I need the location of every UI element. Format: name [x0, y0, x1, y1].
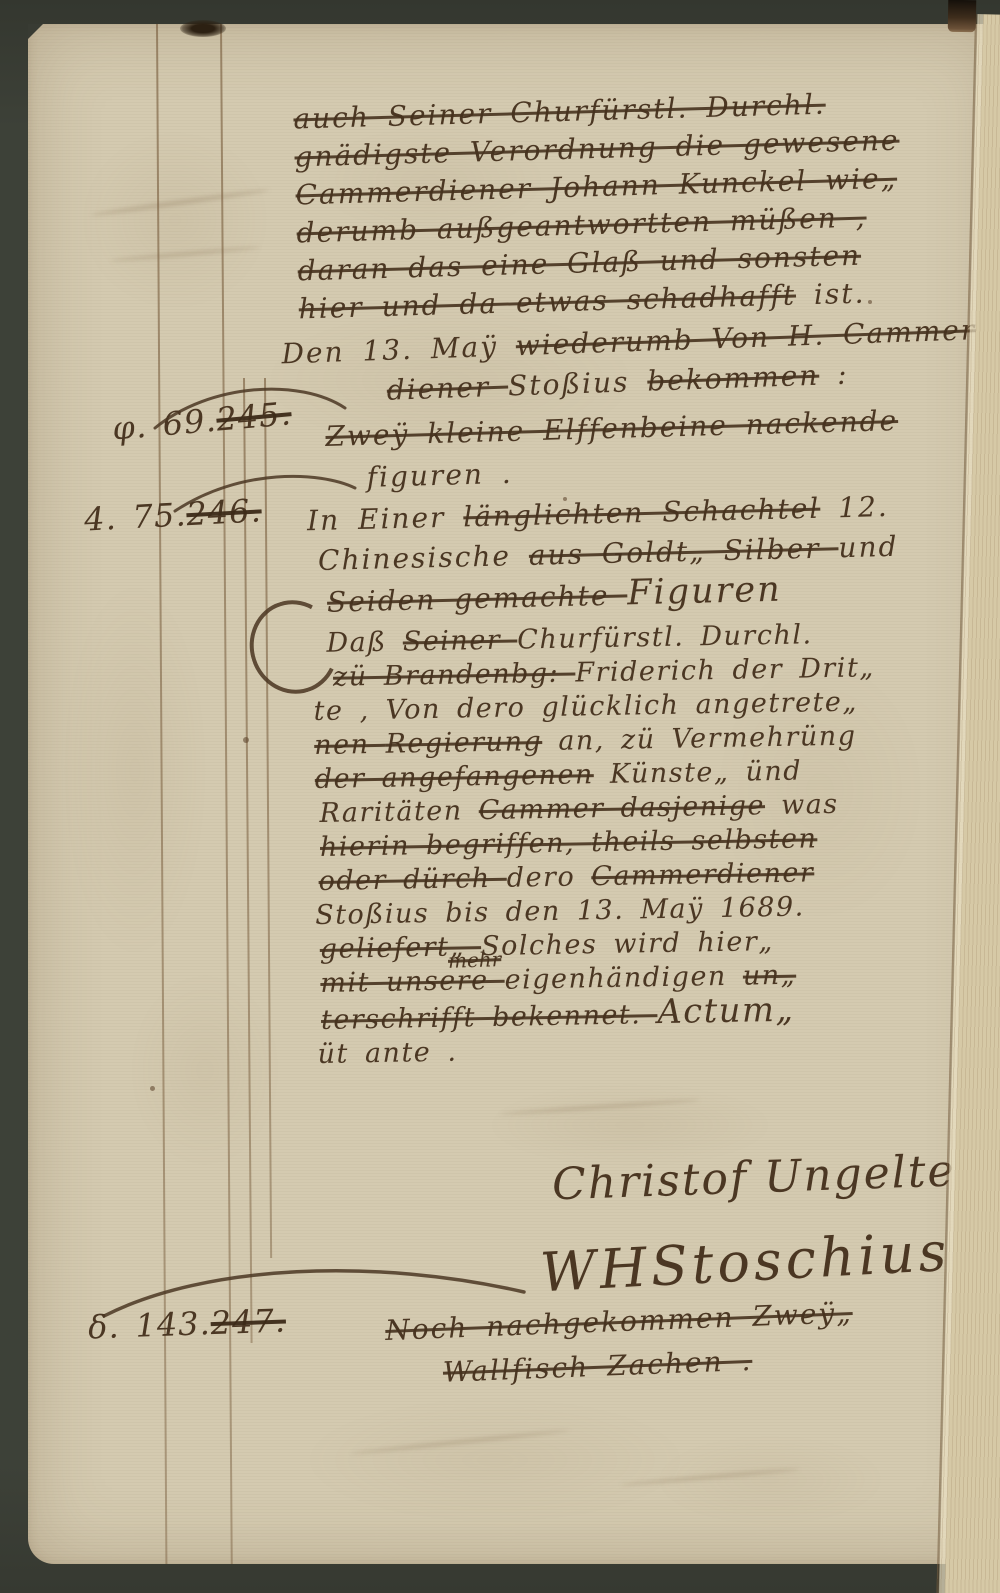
struck-text: bekommen [647, 359, 820, 398]
struck-text: aus Goldt„ Silber [528, 531, 838, 572]
handwritten-text: : [819, 358, 849, 392]
manuscript-page: { "page": { "background_color": "#3d4138… [0, 0, 1000, 1593]
inserted-word: mehr [448, 947, 502, 973]
struck-text: Cammerdiener [591, 857, 815, 892]
handwritten-text: Raritäten [319, 795, 479, 829]
struck-text: zü Brandenbg: [333, 657, 576, 692]
handwritten-text: Den 13. Maÿ [281, 329, 516, 370]
handwritten-text: Figuren [627, 570, 782, 614]
bleedthrough-smudge [55, 560, 215, 980]
handwritten-text: ist. [796, 277, 866, 312]
struck-text: diener [386, 370, 508, 407]
ink-speck [150, 1086, 155, 1091]
handwritten-text: Chinesische [318, 539, 530, 577]
struck-text: oder dürch [318, 863, 507, 897]
handwritten-text: Friderich der Drit„ [575, 652, 875, 688]
handwritten-text: Solches wird hier„ [481, 926, 774, 962]
handwritten-text: dero [506, 861, 591, 893]
handwritten-text: Actum„ [657, 990, 795, 1031]
struck-text: theils selbsten [591, 823, 818, 858]
struck-text: Seiner [403, 624, 518, 657]
bleedthrough-smudge [280, 1390, 710, 1530]
struck-text: länglichten Schachtel [463, 492, 821, 534]
corner-cut [28, 24, 43, 39]
handwritten-text: an, zü Vermehrüng [542, 721, 857, 757]
struck-text: Regierung [385, 726, 542, 760]
ink-speck [243, 737, 249, 743]
bleedthrough-smudge [120, 960, 290, 1180]
pen-swash [170, 466, 360, 516]
main-paragraph: Daß Seiner Churfürstl. Durchl.zü Branden… [326, 617, 881, 1071]
handwritten-text: figuren . [366, 457, 513, 494]
entry-69-text: Zweÿ kleine Elffenbeine nackendefiguren … [325, 400, 900, 500]
handwritten-text: Churfürstl. Durchl. [517, 619, 813, 655]
handwritten-text: Künste„ ünd [594, 756, 803, 791]
handwritten-text: üt ante . [317, 1037, 457, 1070]
pen-swash [96, 1258, 536, 1328]
struck-text: hierin begriffen, [320, 827, 592, 863]
struck-text: un„ [743, 960, 797, 992]
handwritten-text: und [838, 530, 899, 564]
struck-text: terschrifft bekennet. [321, 999, 658, 1036]
struck-text: Wallfisch Zachen . [442, 1344, 753, 1389]
handwritten-text: Stoßius [508, 365, 648, 403]
struck-text: Cammer dasjenige [478, 790, 765, 826]
ink-stain [180, 20, 226, 37]
opening-paragraph: auch Seiner Churfürstl. Durchl.gnädigste… [293, 84, 904, 329]
struck-text: der angefangenen [315, 759, 594, 795]
binding-tab [948, 0, 977, 32]
entry-symbol: φ. [111, 407, 149, 448]
handwritten-text: was [765, 789, 839, 821]
struck-text: Seiden gemachte [327, 578, 628, 618]
entry-symbol: 4. [83, 499, 117, 539]
struck-text: nen [314, 729, 386, 761]
bleedthrough-smudge [70, 120, 280, 320]
handwritten-text: 12. [820, 490, 889, 525]
pen-swash [150, 378, 350, 438]
entry-75-text: In Einer länglichten Schachtel 12.Chines… [307, 487, 900, 623]
